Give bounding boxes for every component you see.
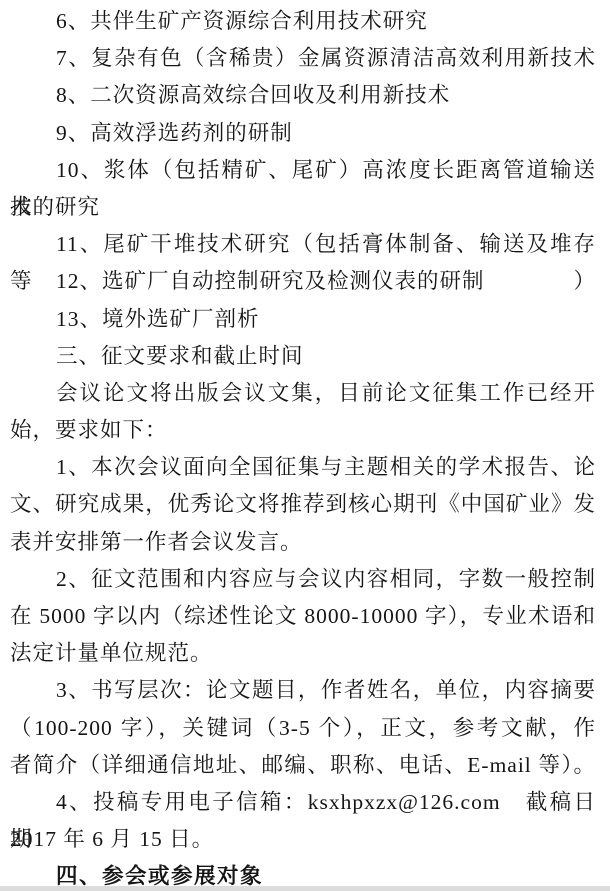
text-line: 13、境外选矿厂剖析 xyxy=(10,301,596,338)
text-line: 法定计量单位规范。 xyxy=(10,635,596,672)
text-line: 11、尾矿干堆技术研究（包括膏体制备、输送及堆存等） xyxy=(10,226,596,263)
requirement-item-4-email: 4、投稿专用电子信箱：ksxhpxzx@126.com 截稿日期 2017 年 … xyxy=(10,784,596,858)
list-item-7: 7、复杂有色（含稀贵）金属资源清洁高效利用新技术 xyxy=(10,40,596,77)
page-bottom-strip xyxy=(0,886,610,891)
list-item-9: 9、高效浮选药剂的研制 xyxy=(10,115,596,152)
text-line: 6、共伴生矿产资源综合利用技术研究 xyxy=(10,3,596,40)
text-line: 2017 年 6 月 15 日。 xyxy=(10,821,596,858)
text-line: 三、征文要求和截止时间 xyxy=(10,338,596,375)
text-line: 始，要求如下： xyxy=(10,412,596,449)
intro-paragraph: 会议论文将出版会议文集，目前论文征集工作已经开 始，要求如下： xyxy=(10,375,596,449)
requirement-item-1: 1、本次会议面向全国征集与主题相关的学术报告、论 文、研究成果，优秀论文将推荐到… xyxy=(10,449,596,561)
text-line: 2、征文范围和内容应与会议内容相同，字数一般控制 xyxy=(10,561,596,598)
list-item-8: 8、二次资源高效综合回收及利用新技术 xyxy=(10,77,596,114)
list-item-13: 13、境外选矿厂剖析 xyxy=(10,301,596,338)
requirement-item-3: 3、书写层次：论文题目，作者姓名，单位，内容摘要 （100-200 字），关键词… xyxy=(10,672,596,784)
document-page: 6、共伴生矿产资源综合利用技术研究 7、复杂有色（含稀贵）金属资源清洁高效利用新… xyxy=(0,0,610,891)
text-line: 术的研究 xyxy=(10,189,596,226)
text-line: 者简介（详细通信地址、邮编、职称、电话、E-mail 等）。 xyxy=(10,747,596,784)
text-line: 表并安排第一作者会议发言。 xyxy=(10,524,596,561)
list-item-6: 6、共伴生矿产资源综合利用技术研究 xyxy=(10,3,596,40)
text-line: 10、浆体（包括精矿、尾矿）高浓度长距离管道输送技 xyxy=(10,152,596,189)
document-text-block: 6、共伴生矿产资源综合利用技术研究 7、复杂有色（含稀贵）金属资源清洁高效利用新… xyxy=(10,3,596,891)
text-line: 4、投稿专用电子信箱：ksxhpxzx@126.com 截稿日期 xyxy=(10,784,596,821)
text-line: 1、本次会议面向全国征集与主题相关的学术报告、论 xyxy=(10,449,596,486)
text-line: 7、复杂有色（含稀贵）金属资源清洁高效利用新技术 xyxy=(10,40,596,77)
text-line: （100-200 字），关键词（3-5 个），正文，参考文献，作 xyxy=(10,710,596,747)
text-line: 9、高效浮选药剂的研制 xyxy=(10,115,596,152)
list-item-10: 10、浆体（包括精矿、尾矿）高浓度长距离管道输送技 术的研究 xyxy=(10,152,596,226)
text-line: 3、书写层次：论文题目，作者姓名，单位，内容摘要 xyxy=(10,672,596,709)
requirement-item-2: 2、征文范围和内容应与会议内容相同，字数一般控制 在 5000 字以内（综述性论… xyxy=(10,561,596,673)
section-heading-3: 三、征文要求和截止时间 xyxy=(10,338,596,375)
text-line: 8、二次资源高效综合回收及利用新技术 xyxy=(10,77,596,114)
text-line: 在 5000 字以内（综述性论文 8000-10000 字），专业术语和 xyxy=(10,598,596,635)
text-line: 文、研究成果，优秀论文将推荐到核心期刊《中国矿业》发 xyxy=(10,486,596,523)
text-line: 会议论文将出版会议文集，目前论文征集工作已经开 xyxy=(10,375,596,412)
list-item-11: 11、尾矿干堆技术研究（包括膏体制备、输送及堆存等） xyxy=(10,226,596,263)
